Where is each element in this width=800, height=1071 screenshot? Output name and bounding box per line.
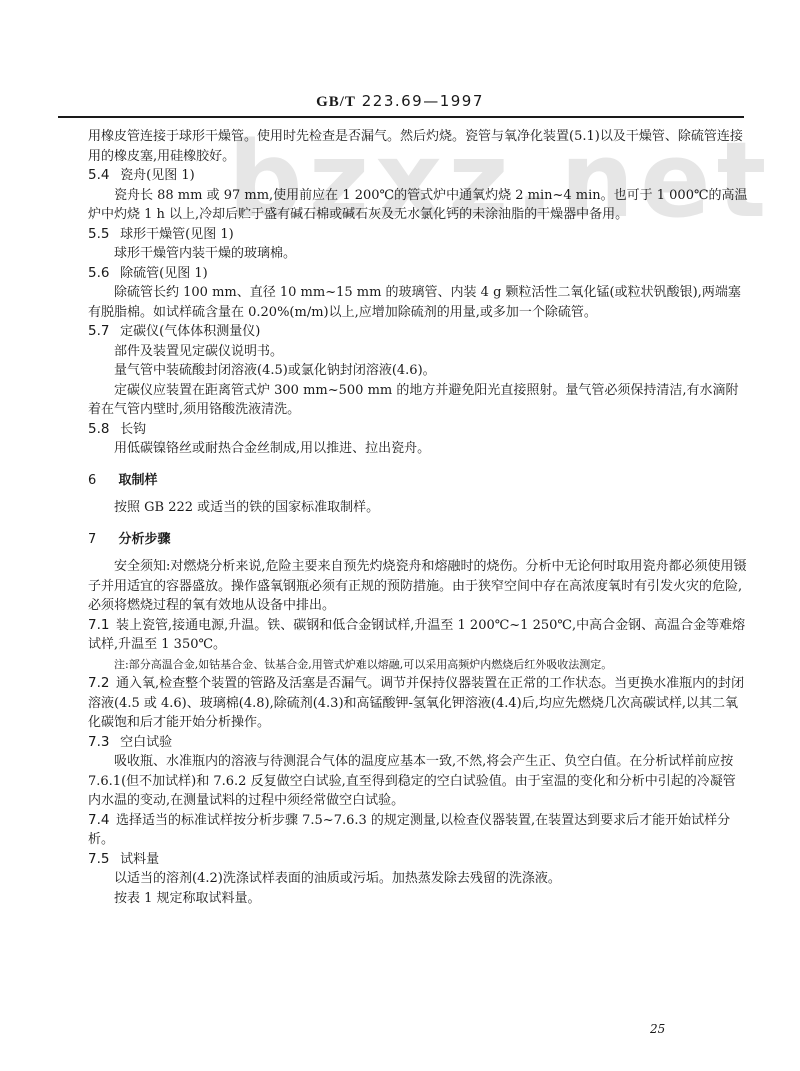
section-5-6-text: 除硫管长约 100 mm、直径 10 mm~15 mm 的玻璃管、内装 4 g … [88,283,748,322]
section-5-4-heading: 5.4 瓷舟(见图 1) [88,166,748,186]
section-7-1-note: 注:部分高温合金,如钴基合金、钛基合金,用管式炉难以熔融,可以采用高频炉内燃烧后… [88,655,748,675]
section-5-5-text: 球形干燥管内装干燥的玻璃棉。 [88,244,748,264]
spacer [88,549,748,557]
section-number: 7.1 [88,616,116,636]
section-number: 7.3 [88,733,116,753]
section-title: 瓷舟(见图 1) [120,168,195,183]
section-7-2-text: 通入氧,检查整个装置的管路及活塞是否漏气。调节并保持仪器装置在正常的工作状态。当… [88,676,744,730]
section-5-6-heading: 5.6 除硫管(见图 1) [88,264,748,284]
continuation-paragraph: 用橡皮管连接于球形干燥管。使用时先检查是否漏气。然后灼烧。瓷管与氧净化装置(5.… [88,127,748,166]
section-title: 试料量 [120,852,159,867]
section-number: 7.2 [88,674,116,694]
section-number: 6 [88,471,114,491]
standard-prefix: GB/T [316,94,356,110]
section-number: 5.4 [88,166,116,186]
header-rule [58,116,744,118]
section-number: 7.5 [88,850,116,870]
section-5-8-text: 用低碳镍铬丝或耐热合金丝制成,用以推进、拉出瓷舟。 [88,439,748,459]
section-7-5-heading: 7.5 试料量 [88,850,748,870]
section-number: 5.8 [88,420,116,440]
spacer [88,490,748,498]
spacer [88,459,748,471]
section-7-4-text: 选择适当的标准试样按分析步骤 7.5~7.6.3 的规定测量,以检查仪器装置,在… [88,813,730,848]
spacer [88,518,748,530]
section-number: 7.4 [88,811,116,831]
section-6-heading: 6 取制样 [88,471,748,491]
section-5-7-p1: 部件及装置见定碳仪说明书。 [88,342,748,362]
section-5-4-text: 瓷舟长 88 mm 或 97 mm,使用前应在 1 200℃的管式炉中通氧灼烧 … [88,186,748,225]
section-title: 取制样 [119,473,158,488]
section-5-7-heading: 5.7 定碳仪(气体体积测量仪) [88,322,748,342]
section-7-1-text: 装上瓷管,接通电源,升温。铁、碳钢和低合金钢试样,升温至 1 200℃~1 25… [88,618,745,653]
running-header: GB/T 223.69—1997 [0,92,800,111]
document-body: 用橡皮管连接于球形干燥管。使用时先检查是否漏气。然后灼烧。瓷管与氧净化装置(5.… [88,127,748,908]
section-number: 5.7 [88,322,116,342]
page-number: 25 [650,1022,665,1036]
section-7-5-p2: 按表 1 规定称取试料量。 [88,889,748,909]
section-6-text: 按照 GB 222 或适当的铁的国家标准取制样。 [88,498,748,518]
section-7-heading: 7 分析步骤 [88,530,748,550]
section-title: 长钩 [120,422,146,437]
section-7-3-text: 吸收瓶、水准瓶内的溶液与待测混合气体的温度应基本一致,不然,将会产生正、负空白值… [88,752,748,811]
section-title: 定碳仪(气体体积测量仪) [120,324,260,339]
section-title: 除硫管(见图 1) [120,266,208,281]
section-number: 5.6 [88,264,116,284]
section-7-3-heading: 7.3 空白试验 [88,733,748,753]
section-7-2: 7.2通入氧,检查整个装置的管路及活塞是否漏气。调节并保持仪器装置在正常的工作状… [88,674,748,733]
safety-notice: 安全须知:对燃烧分析来说,危险主要来自预先灼烧瓷舟和熔融时的烧伤。分析中无论何时… [88,557,748,616]
section-5-8-heading: 5.8 长钩 [88,420,748,440]
section-5-7-p2: 量气管中装硫酸封闭溶液(4.5)或氯化钠封闭溶液(4.6)。 [88,361,748,381]
section-5-7-p3: 定碳仪应装置在距离管式炉 300 mm~500 mm 的地方并避免阳光直接照射。… [88,381,748,420]
section-5-5-heading: 5.5 球形干燥管(见图 1) [88,225,748,245]
section-title: 分析步骤 [119,532,171,547]
section-title: 空白试验 [120,735,172,750]
section-7-5-p1: 以适当的溶剂(4.2)洗涤试样表面的油质或污垢。加热蒸发除去残留的洗涤液。 [88,869,748,889]
section-number: 7 [88,530,114,550]
section-number: 5.5 [88,225,116,245]
section-7-1: 7.1装上瓷管,接通电源,升温。铁、碳钢和低合金钢试样,升温至 1 200℃~1… [88,616,748,655]
section-7-4: 7.4选择适当的标准试样按分析步骤 7.5~7.6.3 的规定测量,以检查仪器装… [88,811,748,850]
section-title: 球形干燥管(见图 1) [120,227,234,242]
standard-number: 223.69—1997 [362,92,484,110]
